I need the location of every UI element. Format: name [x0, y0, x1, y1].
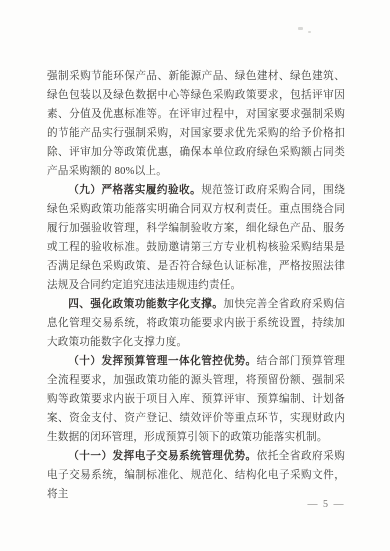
clause-9-body: 规范签订政府采购合同，围绕绿色采购政策功能落实明确合同双方权利责任。重点围绕合同… — [47, 185, 345, 291]
clause-10-lead: （十）发挥预算管理一体化管控优势。 — [68, 356, 256, 367]
scan-noise-mark — [298, 27, 303, 30]
page-number: — 5 — — [308, 499, 346, 511]
document-body: 强制采购节能环保产品、新能源产品、绿色建材、绿色建筑、绿色包装以及绿色数据中心等… — [47, 67, 345, 504]
paragraph-clause-10: （十）发挥预算管理一体化管控优势。结合部门预算管理全流程要求，加强政策功能的源头… — [47, 352, 345, 447]
paragraph-section-4-heading: 四、强化政策功能数字化支撑。加快完善全省政府采购信息化管理交易系统，将政策功能要… — [47, 295, 345, 352]
section-4-lead: 四、强化政策功能数字化支撑。 — [68, 298, 223, 310]
paragraph-clause-9: （九）严格落实履约验收。规范签订政府采购合同，围绕绿色采购政策功能落实明确合同双… — [47, 181, 345, 295]
paragraph-clause-11: （十一）发挥电子交易系统管理优势。依托全省政府采购电子交易系统，编制标准化、规范… — [47, 447, 345, 504]
scan-noise-mark — [308, 31, 311, 33]
paragraph-text: 强制采购节能环保产品、新能源产品、绿色建材、绿色建筑、绿色包装以及绿色数据中心等… — [47, 71, 345, 177]
paragraph-green-procurement-continuation: 强制采购节能环保产品、新能源产品、绿色建材、绿色建筑、绿色包装以及绿色数据中心等… — [47, 67, 345, 181]
clause-10-body: 结合部门预算管理全流程要求，加强政策功能的源头管理，将预留份额、强制采购等政策要… — [47, 356, 345, 443]
clause-11-lead: （十一）发挥电子交易系统管理优势。 — [68, 451, 256, 462]
document-page: 强制采购节能环保产品、新能源产品、绿色建材、绿色建筑、绿色包装以及绿色数据中心等… — [0, 0, 390, 551]
clause-9-lead: （九）严格落实履约验收。 — [68, 185, 201, 196]
